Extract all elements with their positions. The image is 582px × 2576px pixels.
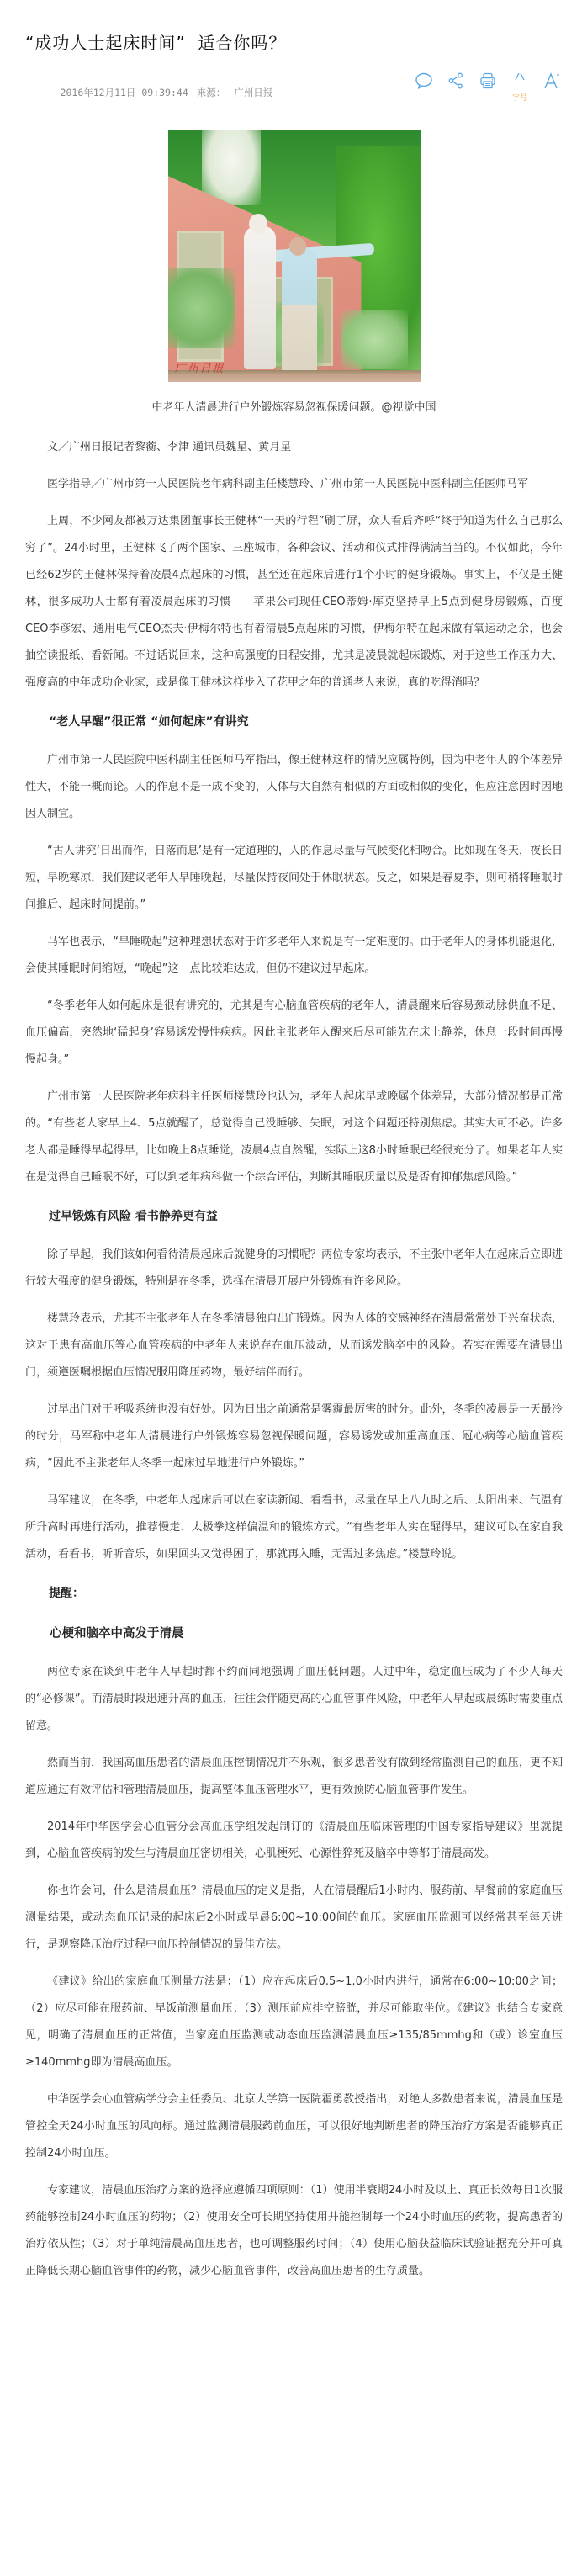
paragraph: “古人讲究‘日出而作，日落而息’是有一定道理的，人的作息尽量与气候变化相吻合。比…	[25, 835, 563, 925]
paragraph: 2014年中华医学会心血管分会高血压学组发起制订的《清晨血压临床管理的中国专家指…	[25, 1810, 563, 1874]
medical-guidance: 医学指导／广州市第一人民医院老年病科副主任楼慧玲、广州市第一人民医院中医科副主任…	[25, 468, 563, 505]
comment-button[interactable]	[413, 70, 435, 92]
source-label: 来源：	[197, 87, 226, 98]
font-size-decrease-icon	[542, 72, 561, 90]
print-button[interactable]	[477, 70, 499, 92]
font-size-decrease-button[interactable]	[541, 70, 563, 92]
section-heading-early-waking: “老人早醒”很正常 “如何起床”有讲究	[25, 703, 563, 744]
font-size-increase-button[interactable]: 字号	[509, 70, 531, 92]
paragraph: 中华医学会心血管病学分会主任委员、北京大学第一医院霍勇教授指出，对绝大多数患者来…	[25, 2083, 563, 2174]
article-title: “成功人士起床时间” 适合你吗？	[25, 0, 563, 55]
paragraph: “冬季老年人如何起床是很有讲究的，尤其是有心脑血管疾病的老年人，清晨醒来后容易颈…	[25, 989, 563, 1080]
paragraph: 两位专家在谈到中老年人早起时都不约而同地强调了血压低问题。人过中年，稳定血压成为…	[25, 1656, 563, 1746]
paragraph: 广州市第一人民医院中医科副主任医师马军指出，像王健林这样的情况应属特例，因为中老…	[25, 744, 563, 835]
reminder-label: 提醒：	[25, 1575, 563, 1615]
article-photo: 广州日报	[168, 130, 421, 382]
publish-datetime: 2016年12月11日 09:39:44	[61, 87, 188, 98]
paragraph: 除了早起，我们该如何看待清晨起床后就健身的习惯呢？两位专家均表示，不主张中老年人…	[25, 1238, 563, 1302]
paragraph: 然而当前，我国高血压患者的清晨血压控制情况并不乐观，很多患者没有做到经常监测自己…	[25, 1746, 563, 1810]
paragraph: 马军建议，在冬季，中老年人起床后可以在家读新闻、看看书，尽量在早上八九时之后、太…	[25, 1484, 563, 1575]
photo-watermark: 广州日报	[175, 359, 225, 375]
print-icon	[479, 72, 496, 90]
font-size-label: 字号	[512, 92, 527, 103]
paragraph: 你也许会问，什么是清晨血压？清晨血压的定义是指，人在清晨醒后1小时内、服药前、早…	[25, 1874, 563, 1965]
article: “成功人士起床时间” 适合你吗？ 2016年12月11日 09:39:44来源：…	[0, 0, 582, 2292]
paragraph: 广州市第一人民医院老年病科主任医师楼慧玲也认为，老年人起床早或晚属个体差异，大部…	[25, 1080, 563, 1198]
font-size-increase-icon	[511, 72, 528, 90]
article-body: 文／广州日报记者黎蘅、李津 通讯员魏星、黄月星 医学指导／广州市第一人民医院老年…	[25, 417, 563, 2292]
section-heading-exercise-risk: 过早锻炼有风险 看书静养更有益	[25, 1198, 563, 1238]
paragraph: 专家建议，清晨血压治疗方案的选择应遵循四项原则：（1）使用半衰期24小时及以上、…	[25, 2174, 563, 2292]
article-figure: 广州日报 中老年人清晨进行户外锻炼容易忽视保暖问题。@视觉中国	[25, 130, 563, 417]
paragraph-intro: 上周，不少网友都被万达集团董事长王健林“一天的行程”刷了屏，众人看后齐呼“终于知…	[25, 505, 563, 703]
photo-caption: 中老年人清晨进行户外锻炼容易忽视保暖问题。@视觉中国	[25, 399, 563, 417]
comment-icon	[415, 72, 433, 90]
source-name: 广州日报	[234, 87, 272, 98]
paragraph: 马军也表示，“早睡晚起”这种理想状态对于许多老年人来说是有一定难度的。由于老年人…	[25, 925, 563, 989]
paragraph: 《建议》给出的家庭血压测量方法是：（1）应在起床后0.5~1.0小时内进行，通常…	[25, 1965, 563, 2083]
article-meta-row: 2016年12月11日 09:39:44来源：广州日报	[25, 61, 563, 98]
share-icon	[447, 72, 464, 90]
article-toolbar: 字号	[403, 68, 563, 93]
section-heading-morning-risk: 心梗和脑卒中高发于清晨	[25, 1615, 563, 1656]
article-meta: 2016年12月11日 09:39:44来源：广州日报	[25, 74, 281, 111]
paragraph: 过早出门对于呼吸系统也没有好处。因为日出之前通常是雾霾最厉害的时分。此外，冬季的…	[25, 1393, 563, 1484]
share-button[interactable]	[445, 70, 467, 92]
paragraph: 楼慧玲表示，尤其不主张老年人在冬季清晨独自出门锻炼。因为人体的交感神经在清晨常常…	[25, 1302, 563, 1393]
byline: 文／广州日报记者黎蘅、李津 通讯员魏星、黄月星	[25, 417, 563, 468]
